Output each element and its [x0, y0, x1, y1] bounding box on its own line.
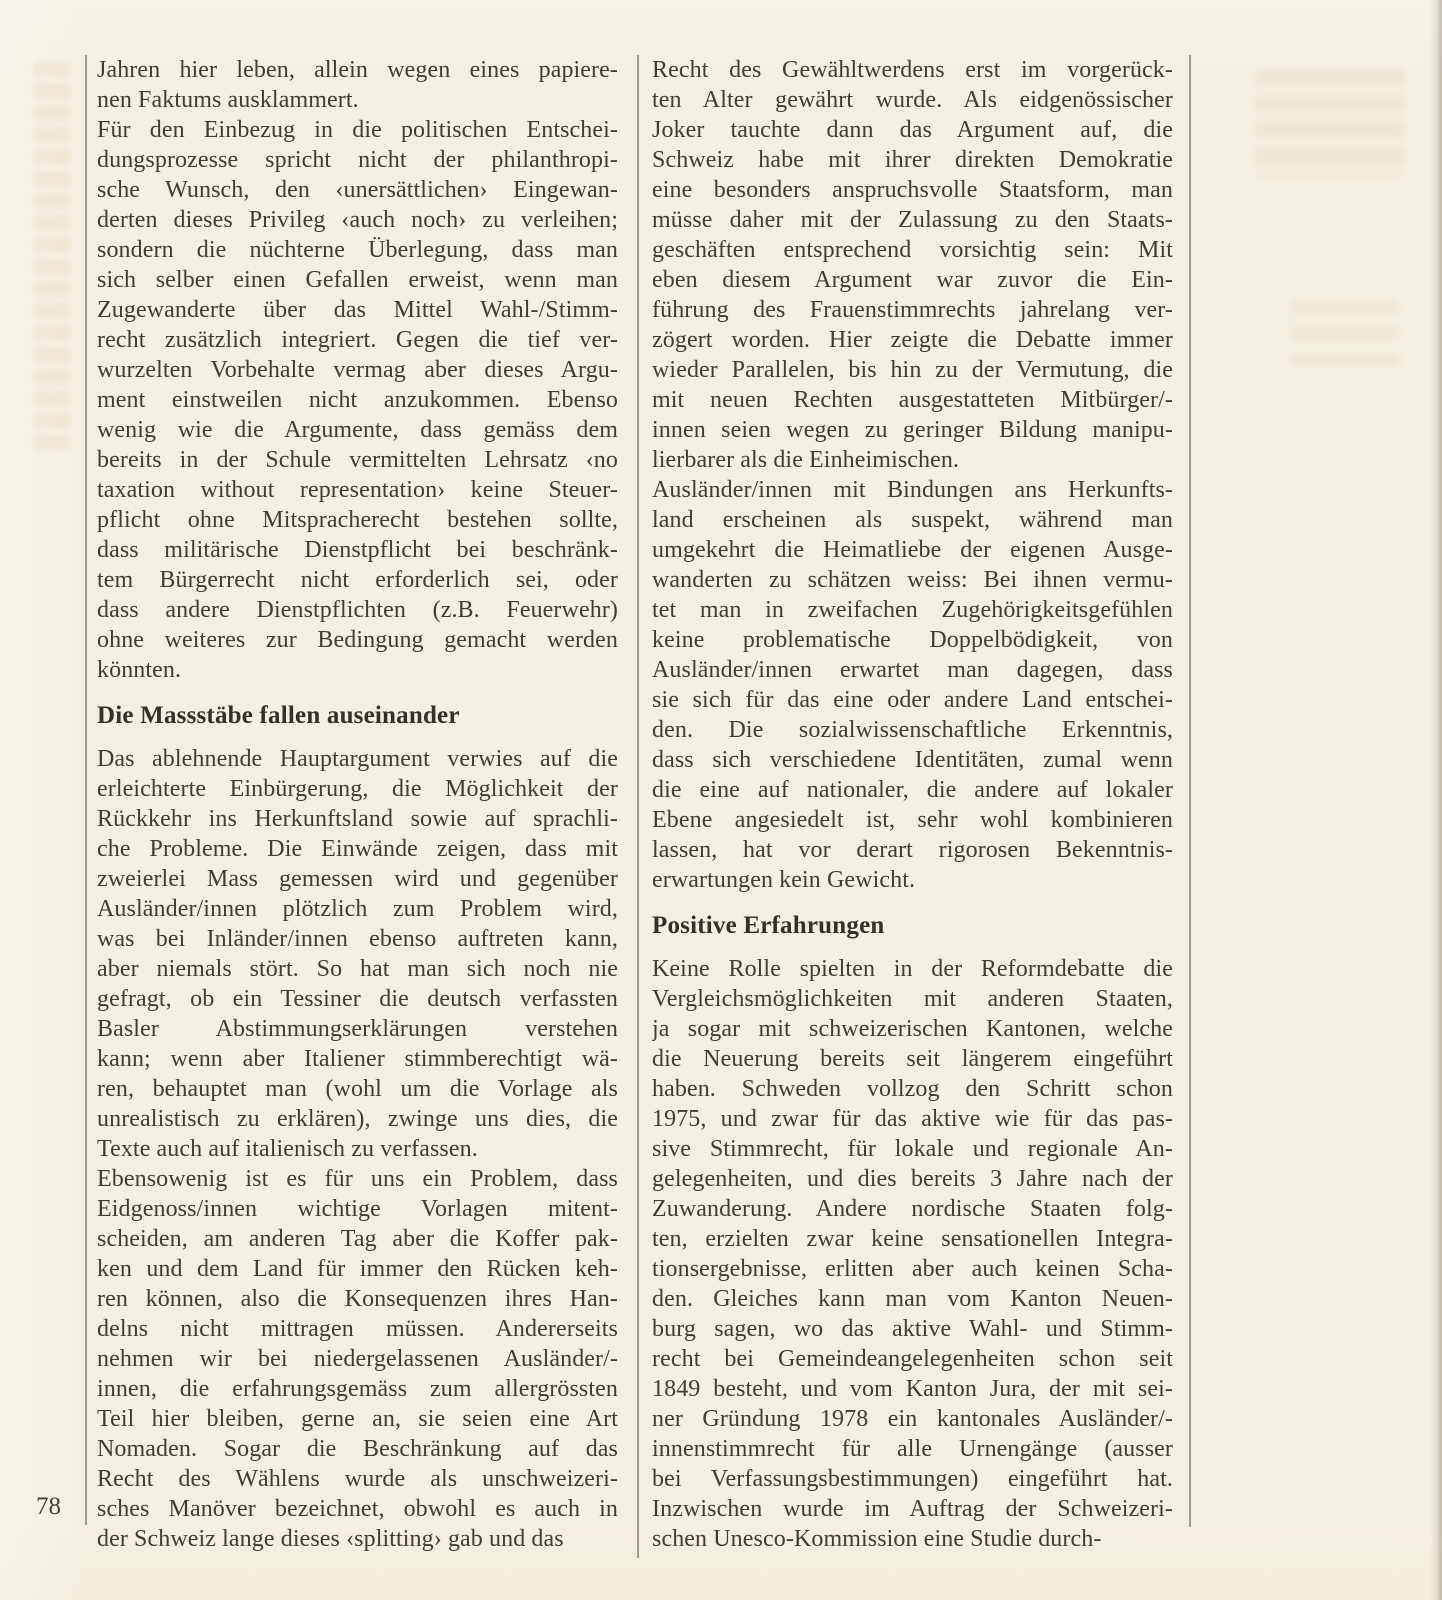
text-line: haben. Schweden vollzog den Schritt scho… — [652, 1074, 1173, 1104]
text-line: land erscheinen als suspekt, während man — [652, 505, 1173, 535]
text-line: keine problematische Doppelbödigkeit, vo… — [652, 625, 1173, 655]
text-line: burg sagen, wo das aktive Wahl- und Stim… — [652, 1314, 1173, 1344]
text-line: dass andere Dienstpflichten (z.B. Feuerw… — [97, 595, 618, 625]
text-line: Recht des Gewähltwerdens erst im vorgerü… — [652, 55, 1173, 85]
text-line: müsse daher mit der Zulassung zu den Sta… — [652, 205, 1173, 235]
text-line: recht bei Gemeindeangelegenheiten schon … — [652, 1344, 1173, 1374]
text-line: Rückkehr ins Herkunftsland sowie auf spr… — [97, 804, 618, 834]
show-through-ghost-right-lower — [1290, 300, 1400, 370]
text-line: Texte auch auf italienisch zu verfassen. — [97, 1134, 618, 1164]
text-line: taxation without representation› keine S… — [97, 475, 618, 505]
text-line: sive Stimmrecht, für lokale und regional… — [652, 1134, 1173, 1164]
text-line: tem Bürgerrecht nicht erforderlich sei, … — [97, 565, 618, 595]
text-line: aber niemals stört. So hat man sich noch… — [97, 954, 618, 984]
text-line: gelegenheiten, und dies bereits 3 Jahre … — [652, 1164, 1173, 1194]
text-line: ten, erzielten zwar keine sensationellen… — [652, 1224, 1173, 1254]
text-line: erwartungen kein Gewicht. — [652, 865, 1173, 895]
text-line: sche Wunsch, den ‹unersättlichen› Eingew… — [97, 175, 618, 205]
text-line: geschäften entsprechend vorsichtig sein:… — [652, 235, 1173, 265]
text-line: sie sich für das eine oder andere Land e… — [652, 685, 1173, 715]
text-line: Joker tauchte dann das Argument auf, die — [652, 115, 1173, 145]
paragraph: Keine Rolle spielten in der Reformdebatt… — [652, 954, 1173, 1554]
text-line: ren, behauptet man (wohl um die Vorlage … — [97, 1074, 618, 1104]
text-line: ken und dem Land für immer den Rücken ke… — [97, 1254, 618, 1284]
text-line: Für den Einbezug in die politischen Ents… — [97, 115, 618, 145]
text-line: sich selber einen Gefallen erweist, wenn… — [97, 265, 618, 295]
text-line: che Probleme. Die Einwände zeigen, dass … — [97, 834, 618, 864]
text-line: 1849 besteht, und vom Kanton Jura, der m… — [652, 1374, 1173, 1404]
text-line: delns nicht mittragen müssen. Anderersei… — [97, 1314, 618, 1344]
text-line: sches Manöver bezeichnet, obwohl es auch… — [97, 1494, 618, 1524]
left-column-rule — [85, 55, 87, 1525]
text-line: lassen, hat vor derart rigorosen Bekennt… — [652, 835, 1173, 865]
text-line: nen Faktums ausklammert. — [97, 85, 618, 115]
text-line: führung des Frauenstimmrechts jahrelang … — [652, 295, 1173, 325]
right-column-rule — [1189, 55, 1191, 1527]
text-line: Ebensowenig ist es für uns ein Problem, … — [97, 1164, 618, 1194]
page-number: 78 — [36, 1492, 61, 1522]
text-line: dass militärische Dienstpflicht bei besc… — [97, 535, 618, 565]
scanned-page: Jahren hier leben, allein wegen eines pa… — [0, 0, 1442, 1600]
text-line: ja sogar mit schweizerischen Kantonen, w… — [652, 1014, 1173, 1044]
text-line: Recht des Wählens wurde als unschweizeri… — [97, 1464, 618, 1494]
text-line: Ebene angesiedelt ist, sehr wohl kombini… — [652, 805, 1173, 835]
text-line: pflicht ohne Mitspracherecht bestehen so… — [97, 505, 618, 535]
text-line: die eine auf nationaler, die andere auf … — [652, 775, 1173, 805]
text-line: Schweiz habe mit ihrer direkten Demokrat… — [652, 145, 1173, 175]
text-line: Eidgenoss/innen wichtige Vorlagen mitent… — [97, 1194, 618, 1224]
text-line: Jahren hier leben, allein wegen eines pa… — [97, 55, 618, 85]
paragraph: Jahren hier leben, allein wegen eines pa… — [97, 55, 618, 115]
text-line: unrealistisch zu erklären), zwinge uns d… — [97, 1104, 618, 1134]
text-line: Teil hier bleiben, gerne an, sie seien e… — [97, 1404, 618, 1434]
text-line: lierbarer als die Einheimischen. — [652, 445, 1173, 475]
text-line: scheiden, am anderen Tag aber die Koffer… — [97, 1224, 618, 1254]
show-through-ghost-right-upper — [1255, 70, 1405, 180]
text-line: dungsprozesse spricht nicht der philanth… — [97, 145, 618, 175]
text-line: was bei Inländer/innen ebenso auftreten … — [97, 924, 618, 954]
text-line: ren können, also die Konsequenzen ihres … — [97, 1284, 618, 1314]
text-line: wurzelten Vorbehalte vermag aber dieses … — [97, 355, 618, 385]
paragraph: Für den Einbezug in die politischen Ents… — [97, 115, 618, 685]
section-heading: Positive Erfahrungen — [652, 911, 1173, 941]
text-line: kann; wenn aber Italiener stimmberechtig… — [97, 1044, 618, 1074]
right-column: Recht des Gewähltwerdens erst im vorgerü… — [652, 55, 1173, 1554]
text-line: tionsergebnisse, erlitten aber auch kein… — [652, 1254, 1173, 1284]
text-line: könnten. — [97, 655, 618, 685]
paragraph: Ausländer/innen mit Bindungen ans Herkun… — [652, 475, 1173, 895]
paragraph: Das ablehnende Hauptargument verwies auf… — [97, 744, 618, 1164]
text-line: der Schweiz lange dieses ‹splitting› gab… — [97, 1524, 618, 1554]
text-line: den. Die sozialwissenschaftliche Erkennt… — [652, 715, 1173, 745]
text-line: innenstimmrecht für alle Urnengänge (aus… — [652, 1434, 1173, 1464]
text-line: bereits in der Schule vermittelten Lehrs… — [97, 445, 618, 475]
text-line: Das ablehnende Hauptargument verwies auf… — [97, 744, 618, 774]
text-line: Basler Abstimmungserklärungen verstehen — [97, 1014, 618, 1044]
text-line: nehmen wir bei niedergelassenen Auslände… — [97, 1344, 618, 1374]
text-line: Zugewanderte über das Mittel Wahl-/Stimm… — [97, 295, 618, 325]
text-line: ten Alter gewährt wurde. Als eidgenössis… — [652, 85, 1173, 115]
text-line: schen Unesco-Kommission eine Studie durc… — [652, 1524, 1173, 1554]
show-through-ghost-left — [34, 62, 70, 452]
text-line: innen, die erfahrungsgemäss zum allergrö… — [97, 1374, 618, 1404]
text-line: Vergleichsmöglichkeiten mit anderen Staa… — [652, 984, 1173, 1014]
text-line: ner Gründung 1978 ein kantonales Ausländ… — [652, 1404, 1173, 1434]
text-line: 1975, und zwar für das aktive wie für da… — [652, 1104, 1173, 1134]
column-divider-rule — [637, 55, 639, 1558]
left-column: Jahren hier leben, allein wegen eines pa… — [97, 55, 618, 1554]
paragraph: Recht des Gewähltwerdens erst im vorgerü… — [652, 55, 1173, 475]
text-line: Ausländer/innen erwartet man dagegen, da… — [652, 655, 1173, 685]
text-line: Inzwischen wurde im Auftrag der Schweize… — [652, 1494, 1173, 1524]
text-line: Ausländer/innen plötzlich zum Problem wi… — [97, 894, 618, 924]
text-line: zweierlei Mass gemessen wird und gegenüb… — [97, 864, 618, 894]
text-line: gefragt, ob ein Tessiner die deutsch ver… — [97, 984, 618, 1014]
text-line: recht zusätzlich integriert. Gegen die t… — [97, 325, 618, 355]
text-line: bei Verfassungsbestimmungen) eingeführt … — [652, 1464, 1173, 1494]
text-line: derten dieses Privileg ‹auch noch› zu ve… — [97, 205, 618, 235]
text-line: tet man in zweifachen Zugehörigkeitsgefü… — [652, 595, 1173, 625]
text-line: Zuwanderung. Andere nordische Staaten fo… — [652, 1194, 1173, 1224]
text-line: wenig wie die Argumente, dass gemäss dem — [97, 415, 618, 445]
text-line: innen seien wegen zu geringer Bildung ma… — [652, 415, 1173, 445]
text-line: umgekehrt die Heimatliebe der eigenen Au… — [652, 535, 1173, 565]
text-line: Nomaden. Sogar die Beschränkung auf das — [97, 1434, 618, 1464]
text-line: zögert worden. Hier zeigte die Debatte i… — [652, 325, 1173, 355]
text-line: dass sich verschiedene Identitäten, zuma… — [652, 745, 1173, 775]
text-line: ment einstweilen nicht anzukommen. Ebens… — [97, 385, 618, 415]
text-line: erleichterte Einbürgerung, die Möglichke… — [97, 774, 618, 804]
scan-edge-shadow — [1430, 0, 1442, 1600]
text-line: eben diesem Argument war zuvor die Ein- — [652, 265, 1173, 295]
text-line: wanderten zu schätzen weiss: Bei ihnen v… — [652, 565, 1173, 595]
text-line: Ausländer/innen mit Bindungen ans Herkun… — [652, 475, 1173, 505]
text-line: mit neuen Rechten ausgestatteten Mitbürg… — [652, 385, 1173, 415]
text-line: den. Gleiches kann man vom Kanton Neuen- — [652, 1284, 1173, 1314]
text-line: die Neuerung bereits seit längerem einge… — [652, 1044, 1173, 1074]
text-line: wieder Parallelen, bis hin zu der Vermut… — [652, 355, 1173, 385]
text-line: eine besonders anspruchsvolle Staatsform… — [652, 175, 1173, 205]
paragraph: Ebensowenig ist es für uns ein Problem, … — [97, 1164, 618, 1554]
section-heading: Die Massstäbe fallen auseinander — [97, 701, 618, 731]
text-line: ohne weiteres zur Bedingung gemacht werd… — [97, 625, 618, 655]
text-line: sondern die nüchterne Überlegung, dass m… — [97, 235, 618, 265]
text-line: Keine Rolle spielten in der Reformdebatt… — [652, 954, 1173, 984]
